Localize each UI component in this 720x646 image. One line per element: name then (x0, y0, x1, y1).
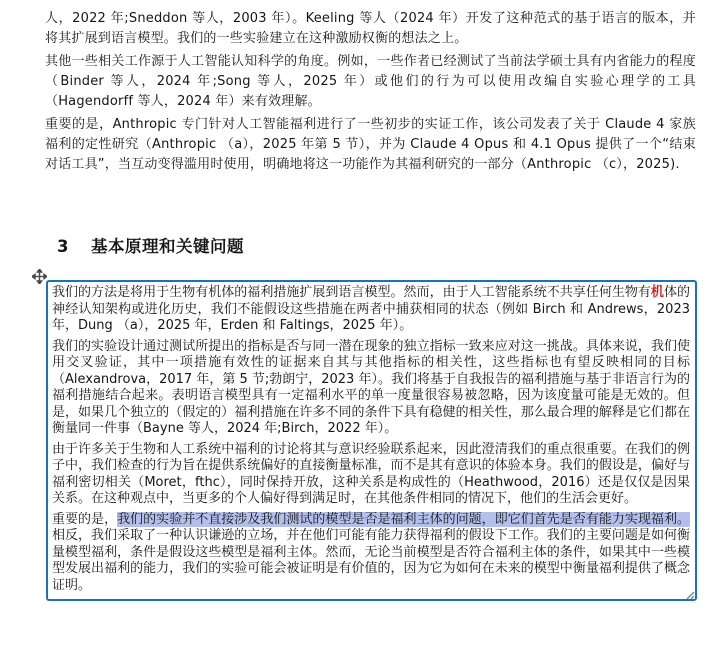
move-handle-icon[interactable] (32, 269, 47, 284)
box-paragraph-2: 我们的实验设计通过测试所提出的指标是否与同一潜在现象的独立指标一致来应对这一挑战… (52, 339, 690, 438)
box-paragraph-4: 重要的是，我们的实验并不直接涉及我们测试的模型是否是福利主体的问题，即它们首先是… (52, 512, 690, 595)
resize-handle-icon[interactable] (684, 588, 694, 598)
selected-text-box[interactable]: 我们的方法是将用于生物有机体的福利措施扩展到语言模型。然而，由于人工智能系统不共… (46, 280, 697, 601)
box-paragraph-1-pre: 我们的方法是将用于生物有机体的福利措施扩展到语言模型。然而，由于人工智能系统不共… (52, 285, 651, 300)
section-heading: 3基本原理和关键问题 (57, 233, 696, 257)
box-paragraph-1: 我们的方法是将用于生物有机体的福利措施扩展到语言模型。然而，由于人工智能系统不共… (52, 285, 690, 335)
box-paragraph-3: 由于许多关于生物和人工系统中福利的讨论将其与意识经验联系起来，因此澄清我们的重点… (52, 442, 690, 508)
flagged-character: 机 (651, 285, 664, 300)
selected-text[interactable]: 我们的实验并不直接涉及我们测试的模型是否是福利主体的问题，即它们首先是否有能力实… (117, 512, 690, 527)
section-number: 3 (57, 237, 69, 256)
intro-paragraph-3: 重要的是，Anthropic 专门针对人工智能福利进行了一些初步的实证工作，该公… (45, 115, 696, 175)
document-page: 人，2022 年;Sneddon 等人，2003 年）。Keeling 等人（2… (0, 0, 720, 646)
section-title: 基本原理和关键问题 (91, 237, 244, 256)
intro-paragraph-2: 其他一些相关工作源于人工智能认知科学的角度。例如，一些作者已经测试了当前法学硕士… (45, 52, 696, 112)
box-paragraph-4-post: 相反，我们采取了一种认识谦逊的立场，并在他们可能有能力获得福利的假设下工作。我们… (52, 528, 690, 593)
intro-paragraph-1: 人，2022 年;Sneddon 等人，2003 年）。Keeling 等人（2… (45, 9, 696, 49)
box-paragraph-4-pre: 重要的是， (52, 512, 117, 527)
